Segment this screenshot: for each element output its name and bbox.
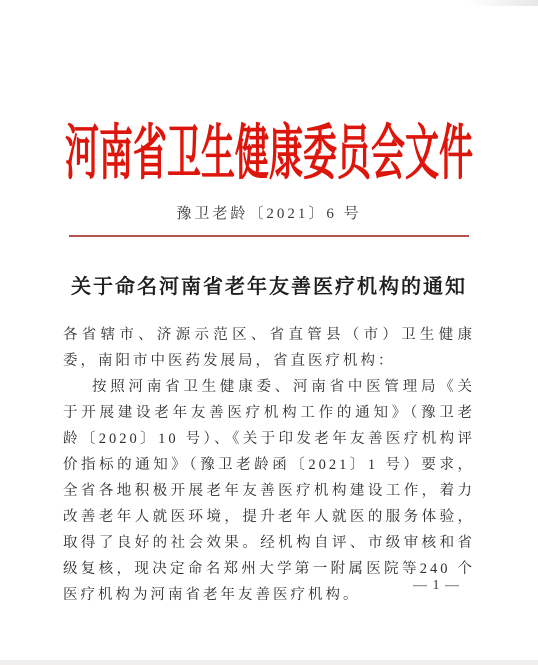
notice-title: 关于命名河南省老年友善医疗机构的通知 (0, 270, 538, 299)
scan-artifact-bottom-edge (0, 660, 538, 665)
salutation-paragraph: 各省辖市、济源示范区、省直管县（市）卫生健康委，南阳市中医药发展局，省直医疗机构… (63, 322, 475, 374)
red-divider-rule (69, 235, 469, 237)
document-number: 豫卫老龄〔2021〕6 号 (0, 202, 538, 223)
agency-letterhead-title: 河南省卫生健康委员会文件 (40, 106, 497, 192)
page-number: — 1 — (413, 578, 460, 594)
scan-artifact-corner (468, 0, 538, 6)
main-paragraph: 按照河南省卫生健康委、河南省中医管理局《关于开展建设老年友善医疗机构工作的通知》… (63, 374, 475, 608)
document-body: 各省辖市、济源示范区、省直管县（市）卫生健康委，南阳市中医药发展局，省直医疗机构… (63, 322, 475, 608)
